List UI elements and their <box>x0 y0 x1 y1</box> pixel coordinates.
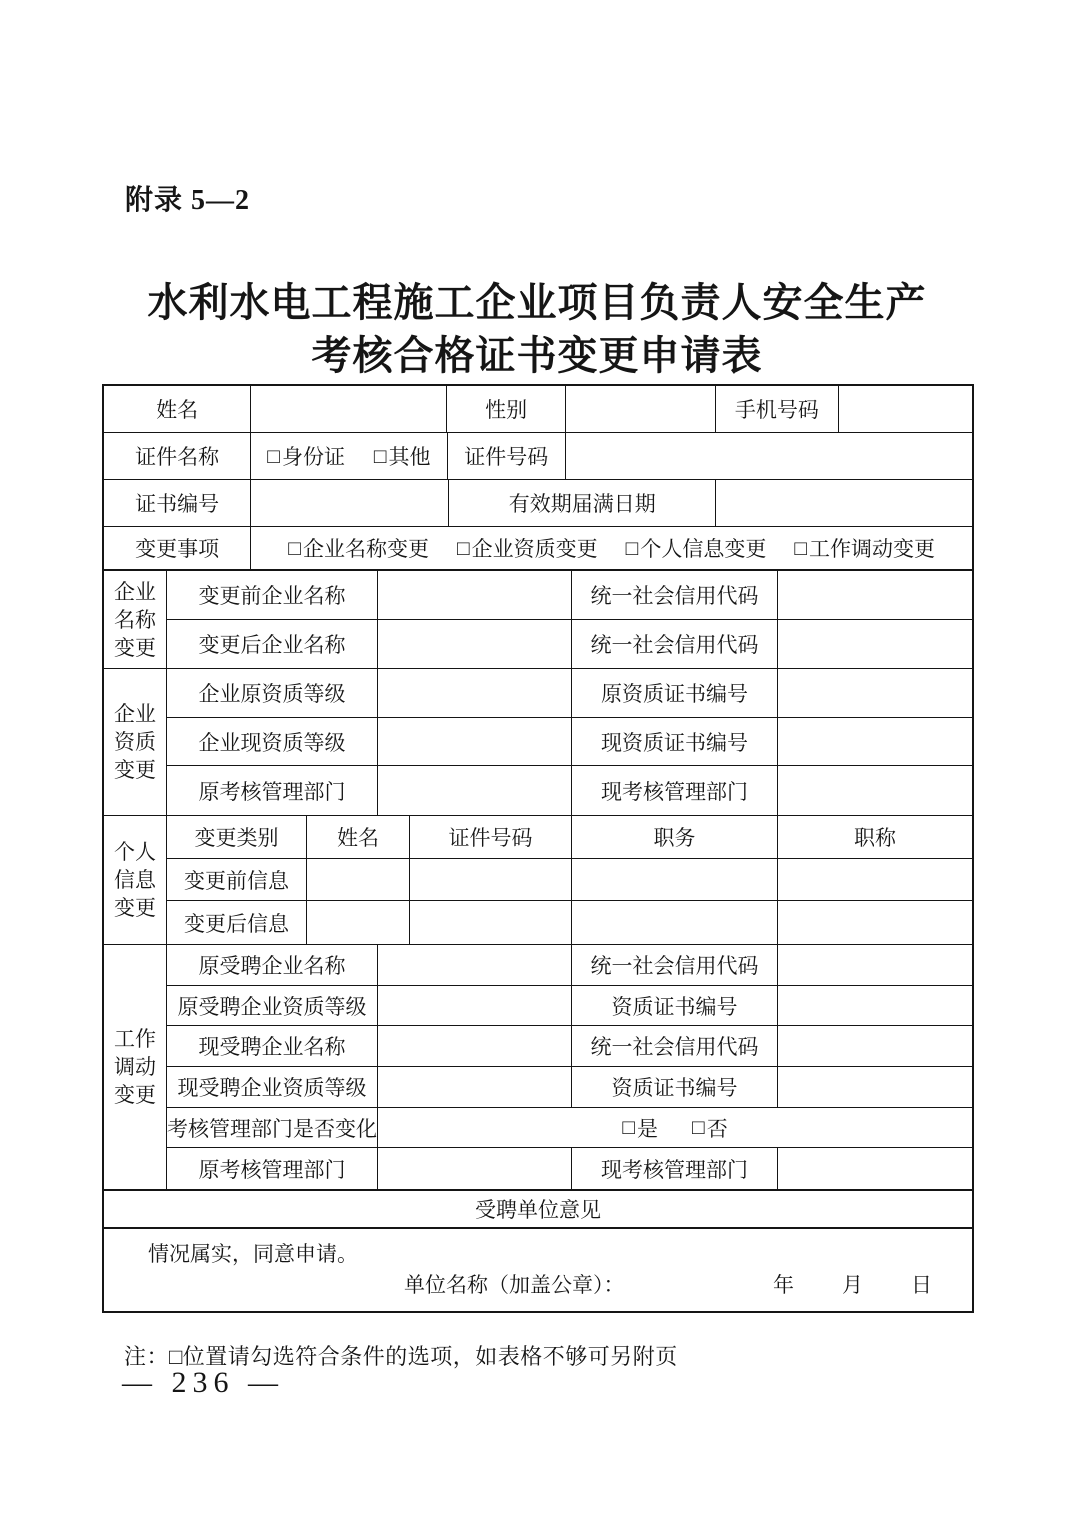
row-orig-qual-level: 企业原资质等级 原资质证书编号 <box>167 669 972 718</box>
row-info-after: 变更后信息 <box>167 901 972 944</box>
checkbox-option-yes[interactable]: □是 <box>622 1113 658 1143</box>
row-opinion-header: 受聘单位意见 <box>104 1191 972 1229</box>
info-before-position-cell[interactable] <box>572 859 778 901</box>
row-book-number: 证书编号 有效期届满日期 <box>104 480 972 527</box>
checkbox-icon: □ <box>288 536 301 561</box>
checkbox-option-id-card[interactable]: □身份证 <box>267 441 345 471</box>
section-job-transfer-change: 工作 调动 变更 原受聘企业名称 统一社会信用代码 原受聘企业资质等级 资质证书… <box>104 945 972 1191</box>
info-after-position-cell[interactable] <box>572 901 778 944</box>
dept-changed-label: 考核管理部门是否变化 <box>167 1108 378 1148</box>
gender-input-cell[interactable] <box>566 386 716 432</box>
cur-dept-input-cell[interactable] <box>778 766 972 815</box>
orig-qual-level-input-cell[interactable] <box>378 669 572 717</box>
form-title-line2: 考核合格证书变更申请表 <box>0 329 1074 382</box>
cert-type-options: □身份证 □其他 <box>251 433 447 479</box>
cur-dept-label: 现考核管理部门 <box>572 766 778 815</box>
orig-employer-label: 原受聘企业名称 <box>167 945 378 985</box>
row-info-before: 变更前信息 <box>167 859 972 902</box>
info-after-label: 变更后信息 <box>167 901 307 944</box>
row-opinion-body: 情况属实，同意申请。 单位名称（加盖公章）： 年 月 日 <box>104 1229 972 1311</box>
after-company-name-label: 变更后企业名称 <box>167 620 378 669</box>
orig-employer-uscc-input-cell[interactable] <box>778 945 972 985</box>
checkbox-option-company-qual-change[interactable]: □企业资质变更 <box>457 533 598 563</box>
row-qual-depts: 原考核管理部门 现考核管理部门 <box>167 766 972 815</box>
mobile-label: 手机号码 <box>716 386 838 432</box>
cert-no-label: 证件号码 <box>448 433 566 479</box>
info-before-cert-no-cell[interactable] <box>410 859 572 901</box>
col-position-header: 职务 <box>572 816 778 858</box>
checkbox-label-personal-info-change: 个人信息变更 <box>640 533 766 563</box>
transfer-orig-dept-label: 原考核管理部门 <box>167 1148 378 1189</box>
expiry-label: 有效期届满日期 <box>449 480 716 526</box>
change-items-options: □企业名称变更 □企业资质变更 □个人信息变更 □工作调动变更 <box>251 527 972 569</box>
transfer-orig-dept-input-cell[interactable] <box>378 1148 572 1189</box>
row-after-company-name: 变更后企业名称 统一社会信用代码 <box>167 620 972 669</box>
cert-no-input-cell[interactable] <box>566 433 972 479</box>
orig-employer-qual-cert-label: 资质证书编号 <box>572 986 778 1026</box>
info-before-label: 变更前信息 <box>167 859 307 901</box>
info-before-title-cell[interactable] <box>778 859 972 901</box>
date-year-label: 年 <box>773 1269 794 1299</box>
cur-employer-qual-label: 现受聘企业资质等级 <box>167 1067 378 1107</box>
section-company-name-change: 企业 名称 变更 变更前企业名称 统一社会信用代码 变更后企业名称 统一社会信用… <box>104 571 972 669</box>
before-company-name-label: 变更前企业名称 <box>167 571 378 619</box>
date-month-label: 月 <box>842 1269 863 1299</box>
checkbox-label-id-card: 身份证 <box>282 441 345 471</box>
col-name-header: 姓名 <box>307 816 410 858</box>
info-before-name-cell[interactable] <box>307 859 410 901</box>
col-title-header: 职称 <box>778 816 972 858</box>
personal-info-change-group-label: 个人 信息 变更 <box>104 816 167 944</box>
orig-qual-level-label: 企业原资质等级 <box>167 669 378 717</box>
book-no-label: 证书编号 <box>104 480 251 526</box>
checkbox-label-yes: 是 <box>637 1113 658 1143</box>
unit-seal-label: 单位名称（加盖公章）： <box>404 1269 625 1299</box>
checkbox-option-other[interactable]: □其他 <box>374 441 431 471</box>
after-company-name-input-cell[interactable] <box>378 620 572 669</box>
page-number: — 236 — <box>122 1366 284 1400</box>
cur-employer-uscc-label: 统一社会信用代码 <box>572 1026 778 1066</box>
orig-employer-qual-input-cell[interactable] <box>378 986 572 1026</box>
checkbox-icon: □ <box>622 1115 635 1140</box>
row-before-company-name: 变更前企业名称 统一社会信用代码 <box>167 571 972 620</box>
checkbox-label-company-name-change: 企业名称变更 <box>303 533 429 563</box>
checkbox-icon: □ <box>626 536 639 561</box>
cur-qual-level-label: 企业现资质等级 <box>167 718 378 766</box>
row-certificate: 证件名称 □身份证 □其他 证件号码 <box>104 433 972 480</box>
gender-label: 性别 <box>447 386 565 432</box>
row-cur-employer-qual: 现受聘企业资质等级 资质证书编号 <box>167 1067 972 1108</box>
company-name-change-group-label: 企业 名称 变更 <box>104 571 167 668</box>
checkbox-icon: □ <box>267 444 280 469</box>
orig-qual-cert-input-cell[interactable] <box>778 669 972 717</box>
orig-employer-uscc-label: 统一社会信用代码 <box>572 945 778 985</box>
cert-name-label: 证件名称 <box>104 433 251 479</box>
name-input-cell[interactable] <box>251 386 447 432</box>
transfer-cur-dept-label: 现考核管理部门 <box>572 1148 778 1189</box>
book-no-input-cell[interactable] <box>251 480 449 526</box>
checkbox-label-other: 其他 <box>389 441 431 471</box>
opinion-body-cell[interactable]: 情况属实，同意申请。 单位名称（加盖公章）： 年 月 日 <box>104 1229 972 1311</box>
info-after-cert-no-cell[interactable] <box>410 901 572 944</box>
orig-dept-label: 原考核管理部门 <box>167 766 378 815</box>
form-title: 水利水电工程施工企业项目负责人安全生产 考核合格证书变更申请表 <box>0 276 1074 382</box>
after-uscc-input-cell[interactable] <box>778 620 972 669</box>
row-change-items: 变更事项 □企业名称变更 □企业资质变更 □个人信息变更 □工作调动变更 <box>104 527 972 571</box>
checkbox-option-personal-info-change[interactable]: □个人信息变更 <box>626 533 767 563</box>
section-personal-info-change: 个人 信息 变更 变更类别 姓名 证件号码 职务 职称 变更前信息 变更后信息 <box>104 816 972 945</box>
info-after-title-cell[interactable] <box>778 901 972 944</box>
checkbox-label-company-qual-change: 企业资质变更 <box>472 533 598 563</box>
before-uscc-input-cell[interactable] <box>778 571 972 619</box>
col-category-header: 变更类别 <box>167 816 307 858</box>
row-cur-qual-level: 企业现资质等级 现资质证书编号 <box>167 718 972 767</box>
row-orig-employer: 原受聘企业名称 统一社会信用代码 <box>167 945 972 986</box>
cur-employer-label: 现受聘企业名称 <box>167 1026 378 1066</box>
opinion-signature-line: 单位名称（加盖公章）： 年 月 日 <box>104 1269 972 1311</box>
change-items-label: 变更事项 <box>104 527 251 569</box>
cur-employer-input-cell[interactable] <box>378 1026 572 1066</box>
checkbox-icon: □ <box>374 444 387 469</box>
name-label: 姓名 <box>104 386 251 432</box>
orig-dept-input-cell[interactable] <box>378 766 572 815</box>
dept-changed-options: □是 □否 <box>378 1108 972 1148</box>
section-company-qual-change: 企业 资质 变更 企业原资质等级 原资质证书编号 企业现资质等级 现资质证书编号… <box>104 669 972 816</box>
info-after-name-cell[interactable] <box>307 901 410 944</box>
company-qual-change-group-label: 企业 资质 变更 <box>104 669 167 815</box>
before-company-name-input-cell[interactable] <box>378 571 572 619</box>
uscc-label: 统一社会信用代码 <box>572 571 778 619</box>
opinion-header-label: 受聘单位意见 <box>104 1191 972 1227</box>
cur-employer-uscc-input-cell[interactable] <box>778 1026 972 1066</box>
uscc-label: 统一社会信用代码 <box>572 620 778 669</box>
checkbox-icon: □ <box>692 1115 705 1140</box>
checkbox-icon: □ <box>457 536 470 561</box>
checkbox-option-job-transfer-change[interactable]: □工作调动变更 <box>794 533 935 563</box>
orig-employer-qual-label: 原受聘企业资质等级 <box>167 986 378 1026</box>
cur-qual-cert-label: 现资质证书编号 <box>572 718 778 766</box>
row-orig-employer-qual: 原受聘企业资质等级 资质证书编号 <box>167 986 972 1027</box>
checkbox-option-company-name-change[interactable]: □企业名称变更 <box>288 533 429 563</box>
cur-employer-qual-input-cell[interactable] <box>378 1067 572 1107</box>
cur-employer-qual-cert-label: 资质证书编号 <box>572 1067 778 1107</box>
date-fields: 年 月 日 <box>773 1269 932 1299</box>
transfer-cur-dept-input-cell[interactable] <box>778 1148 972 1189</box>
orig-employer-qual-cert-input-cell[interactable] <box>778 986 972 1026</box>
row-personal-info-header: 变更类别 姓名 证件号码 职务 职称 <box>167 816 972 859</box>
mobile-input-cell[interactable] <box>839 386 972 432</box>
checkbox-label-no: 否 <box>707 1113 728 1143</box>
appendix-label: 附录 5—2 <box>125 178 250 218</box>
cur-qual-level-input-cell[interactable] <box>378 718 572 766</box>
form-title-line1: 水利水电工程施工企业项目负责人安全生产 <box>0 276 1074 329</box>
row-basic-identity: 姓名 性别 手机号码 <box>104 386 972 433</box>
cur-employer-qual-cert-input-cell[interactable] <box>778 1067 972 1107</box>
checkbox-option-no[interactable]: □否 <box>692 1113 728 1143</box>
opinion-statement: 情况属实，同意申请。 <box>104 1229 972 1268</box>
row-transfer-depts: 原考核管理部门 现考核管理部门 <box>167 1148 972 1189</box>
job-transfer-change-group-label: 工作 调动 变更 <box>104 945 167 1189</box>
orig-employer-input-cell[interactable] <box>378 945 572 985</box>
date-day-label: 日 <box>911 1269 932 1299</box>
cur-qual-cert-input-cell[interactable] <box>778 718 972 766</box>
col-cert-no-header: 证件号码 <box>410 816 572 858</box>
row-cur-employer: 现受聘企业名称 统一社会信用代码 <box>167 1026 972 1067</box>
checkbox-icon: □ <box>794 536 807 561</box>
row-dept-changed: 考核管理部门是否变化 □是 □否 <box>167 1108 972 1149</box>
checkbox-label-job-transfer-change: 工作调动变更 <box>809 533 935 563</box>
application-form-table: 姓名 性别 手机号码 证件名称 □身份证 □其他 证件号码 证书编号 有效期届满… <box>102 384 974 1313</box>
orig-qual-cert-label: 原资质证书编号 <box>572 669 778 717</box>
expiry-input-cell[interactable] <box>716 480 972 526</box>
